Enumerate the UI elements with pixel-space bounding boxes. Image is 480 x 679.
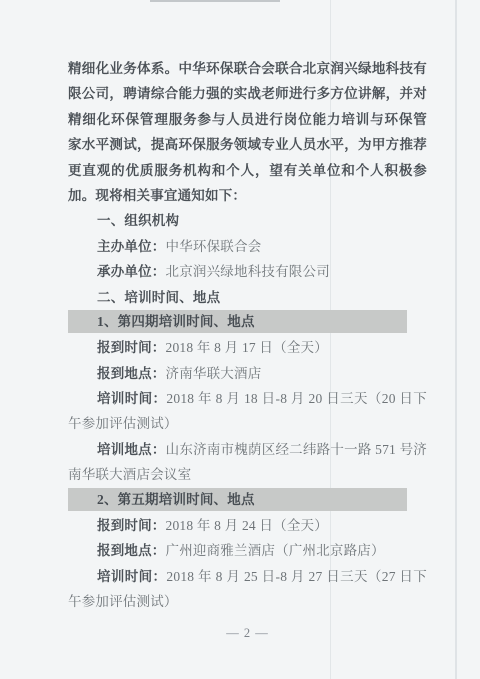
field-label: 报到地点： — [97, 543, 166, 558]
section-heading: 二、培训时间、地点 — [68, 285, 427, 310]
scanned-document-page: 精细化业务体系。中华环保联合会联合北京润兴绿地科技有限公司，聘请综合能力强的实战… — [0, 0, 480, 679]
field-line: 报到地点：广州迎商雅兰酒店（广州北京路店） — [68, 538, 427, 563]
scan-artifact-vertical-streak — [455, 0, 457, 679]
field-label: 报到地点： — [97, 366, 166, 381]
paragraph-line: 加。现将相关事宜通知如下： — [68, 183, 427, 208]
field-label: 培训时间： — [97, 569, 166, 584]
document-body: 精细化业务体系。中华环保联合会联合北京润兴绿地科技有限公司，聘请综合能力强的实战… — [68, 56, 427, 615]
field-line: 报到时间：2018 年 8 月 17 日（全天） — [68, 335, 427, 360]
field-value: 中华环保联合会 — [166, 239, 262, 254]
field-label: 培训地点： — [97, 442, 166, 457]
section-heading: 一、组织机构 — [68, 208, 427, 233]
field-label: 报到时间： — [97, 340, 166, 355]
field-value: 2018 年 8 月 18 日-8 月 20 日三天（20 日下 — [166, 391, 427, 406]
scan-artifact-top-edge — [150, 0, 280, 2]
page-number: — 2 — — [68, 626, 427, 641]
field-line: 培训时间：2018 年 8 月 25 日-8 月 27 日三天（27 日下 — [68, 564, 427, 589]
highlighted-subsection-heading: 2、第五期培训时间、地点 — [68, 488, 407, 511]
paragraph-line: 家水平测试，提高环保服务领域专业人员水平，为甲方推荐 — [68, 132, 427, 157]
highlighted-subsection-heading: 1、第四期培训时间、地点 — [68, 310, 407, 333]
field-value: 山东济南市槐荫区经二纬路十一路 571 号济 — [166, 442, 427, 457]
field-label: 报到时间： — [97, 518, 166, 533]
field-value: 北京润兴绿地科技有限公司 — [166, 264, 330, 279]
field-value: 广州迎商雅兰酒店（广州北京路店） — [166, 543, 385, 558]
paragraph-line: 限公司，聘请综合能力强的实战老师进行多方位讲解，并对 — [68, 81, 427, 106]
field-line: 报到时间：2018 年 8 月 24 日（全天） — [68, 513, 427, 538]
field-label: 培训时间： — [97, 391, 166, 406]
field-value: 济南华联大酒店 — [166, 366, 262, 381]
field-line: 培训地点：山东济南市槐荫区经二纬路十一路 571 号济 — [68, 437, 427, 462]
field-value: 2018 年 8 月 24 日（全天） — [166, 518, 328, 533]
field-value: 2018 年 8 月 17 日（全天） — [166, 340, 328, 355]
field-label: 主办单位： — [97, 239, 166, 254]
field-line: 承办单位：北京润兴绿地科技有限公司 — [68, 259, 427, 284]
field-line: 报到地点：济南华联大酒店 — [68, 361, 427, 386]
paragraph-line: 精细化环保管理服务参与人员进行岗位能力培训与环保管 — [68, 107, 427, 132]
field-label: 承办单位： — [97, 264, 166, 279]
continuation-line: 午参加评估测试） — [68, 589, 427, 614]
continuation-line: 午参加评估测试） — [68, 411, 427, 436]
continuation-line: 南华联大酒店会议室 — [68, 462, 427, 487]
field-line: 培训时间：2018 年 8 月 18 日-8 月 20 日三天（20 日下 — [68, 386, 427, 411]
paragraph-line: 精细化业务体系。中华环保联合会联合北京润兴绿地科技有 — [68, 56, 427, 81]
field-value: 2018 年 8 月 25 日-8 月 27 日三天（27 日下 — [166, 569, 427, 584]
field-line: 主办单位：中华环保联合会 — [68, 234, 427, 259]
paragraph-line: 更直观的优质服务机构和个人，望有关单位和个人积极参 — [68, 158, 427, 183]
